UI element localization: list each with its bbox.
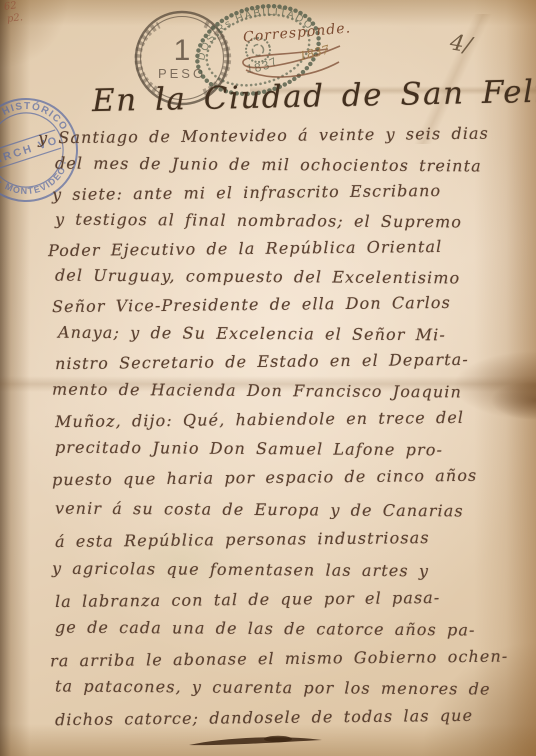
folio-number: 4/	[448, 30, 473, 58]
manuscript-line: la labranza con tal de que por el pasa-	[55, 588, 441, 611]
manuscript-line: mento de Hacienda Don Francisco Joaquin	[52, 380, 462, 402]
manuscript-line: del mes de Junio de mil ochocientos trei…	[55, 154, 482, 176]
manuscript-line: ge de cada una de las de catorce años pa…	[55, 618, 476, 640]
manuscript-line: Poder Ejecutivo de la República Oriental	[48, 237, 442, 260]
manuscript-line: y siete: ante mi el infrascrito Escriban…	[52, 181, 441, 204]
manuscript-page: 62 p2. 1 PESO DOS Rs HABILITADO	[0, 0, 536, 756]
manuscript-line: y Santiago de Montevideo á veinte y seis…	[38, 124, 489, 148]
manuscript-line: nistro Secretario de Estado en el Depart…	[55, 350, 469, 373]
manuscript-line: y agricolas que fomentasen las artes y	[52, 559, 429, 581]
manuscript-line: del Uruguay, compuesto del Excelentisimo	[55, 266, 460, 288]
manuscript-line: y testigos al final nombrados; el Suprem…	[55, 210, 462, 232]
manuscript-line: ta patacones, y cuarenta por los menores…	[55, 676, 491, 698]
manuscript-line: Anaya; y de Su Excelencia el Señor Mi-	[58, 323, 446, 345]
ink-smudge-icon	[186, 733, 326, 749]
corner-note-1: 62	[3, 0, 17, 13]
manuscript-line: Muñoz, dijo: Qué, habiendole en trece de…	[55, 408, 464, 431]
manuscript-line: Señor Vice-Presidente de ella Don Carlos	[52, 293, 451, 316]
manuscript-line: dichos catorce; dandosele de todas las q…	[55, 706, 473, 729]
manuscript-line: ra arriba le abonase el mismo Gobierno o…	[50, 647, 509, 671]
corner-note-2: p2.	[6, 12, 23, 25]
manuscript-line: puesto que haria por espacio de cinco añ…	[52, 466, 478, 489]
manuscript-line: venir á su costa de Europa y de Canarias	[55, 499, 464, 521]
manuscript-line: á esta República personas industriosas	[55, 528, 430, 551]
manuscript-line: precitado Junio Don Samuel Lafone pro-	[55, 438, 443, 460]
